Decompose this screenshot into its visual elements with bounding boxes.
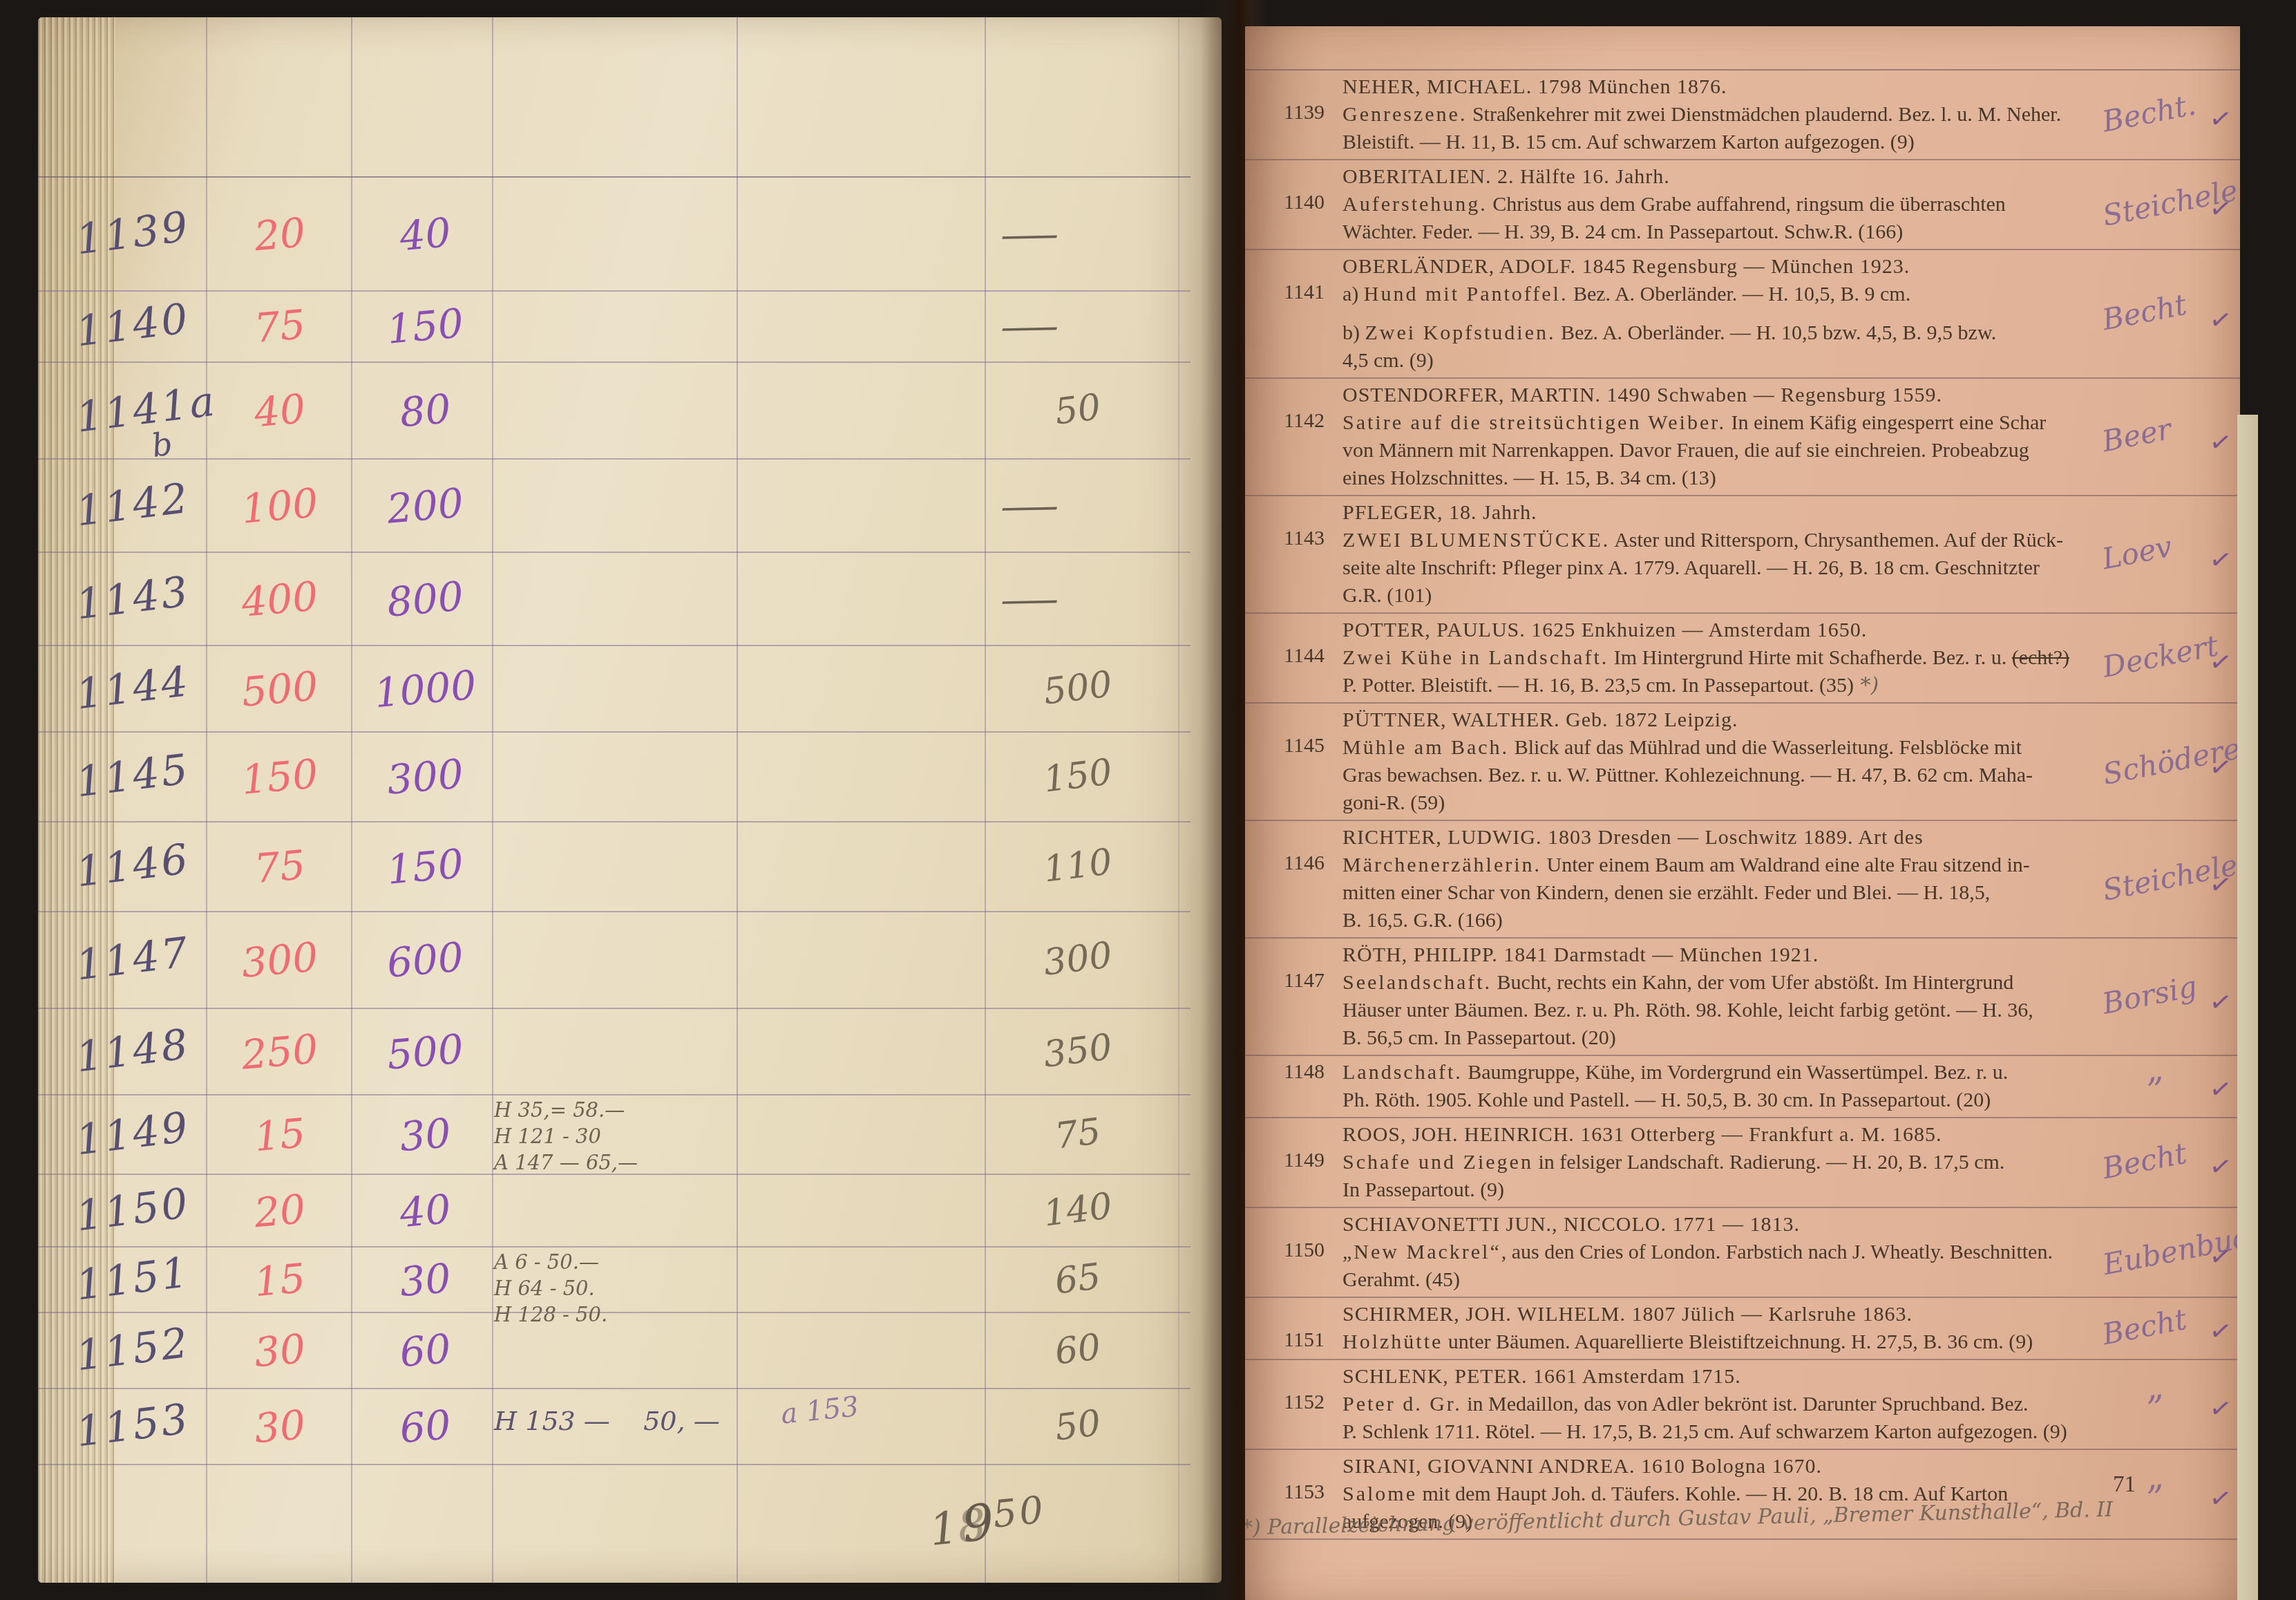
catalog-page: NEHER, MICHAEL. 1798 München 1876.Genres…	[1245, 26, 2240, 1600]
lot-number-printed: 1141	[1284, 281, 1339, 304]
entry-line: Peter d. Gr. in Medaillon, das von Adler…	[1343, 1391, 2240, 1418]
catalog-entry: NEHER, MICHAEL. 1798 München 1876.Genres…	[1245, 70, 2240, 160]
lot-number: 1148	[73, 1019, 192, 1082]
limit-red-ink: 20	[212, 1181, 347, 1239]
lot-number: 1144	[73, 657, 192, 719]
catalog-entry: SCHIRMER, JOH. WILHELM. 1807 Jülich — Ka…	[1245, 1298, 2240, 1360]
estimate-purple-ink: 30	[359, 1106, 491, 1164]
entry-text: Zwei Kühe in Landschaft.	[1343, 646, 1609, 669]
entry-text: Gras bewachsen. Bez. r. u. W. Püttner. K…	[1343, 764, 2033, 787]
entry-text: von Männern mit Narrenkappen. Davor Frau…	[1343, 439, 2029, 462]
ledger-row: 114675150110	[38, 822, 1190, 912]
result-pencil: 500	[983, 656, 1173, 719]
estimate-purple-ink: 60	[359, 1321, 491, 1380]
entry-artist-header: NEHER, MICHAEL. 1798 München 1876.	[1343, 73, 2240, 101]
ledger-row: 114075150—	[38, 290, 1190, 363]
lot-number: 1142	[73, 473, 192, 536]
margin-buyer-name: ”	[2145, 1388, 2167, 1429]
entry-text: eines Holzschnittes. — H. 15, B. 34 cm. …	[1343, 467, 1716, 489]
entry-line: Landschaft. Baumgruppe, Kühe, im Vorderg…	[1343, 1059, 2240, 1086]
result-pencil: —	[912, 481, 1146, 529]
lot-number-printed: 1145	[1284, 734, 1339, 757]
entry-text: Satire auf die streitsüchtigen Weiber.	[1343, 411, 1726, 434]
lot-number-printed: 1143	[1284, 527, 1339, 550]
entry-text: Straßenkehrer mit zwei Dienstmädchen pla…	[1467, 103, 2061, 126]
entry-text: a)	[1343, 283, 1364, 305]
underlying-page-edge	[2237, 415, 2258, 1600]
limit-red-ink: 40	[212, 382, 347, 440]
estimate-purple-ink: 40	[359, 205, 491, 263]
estimate-purple-ink: 600	[359, 931, 491, 989]
result-pencil: 350	[983, 1019, 1173, 1082]
result-pencil: 150	[983, 744, 1173, 808]
entry-line: P. Schlenk 1711. Rötel. — H. 17,5, B. 21…	[1343, 1418, 2240, 1446]
pencil-total: 18950	[927, 1487, 1050, 1556]
lot-number: 1141a	[73, 377, 218, 442]
entry-text: Im Hintergrund Hirte mit Schafherde. Bez…	[1609, 646, 2011, 669]
entry-line: B. 56,5 cm. In Passepartout. (20)	[1343, 1024, 2240, 1052]
entry-text: Häuser unter Bäumen. Bez. r. u. Ph. Röth…	[1343, 999, 2033, 1022]
entry-line: B. 16,5. G.R. (166)	[1343, 907, 2240, 934]
result-pencil: —	[912, 301, 1146, 350]
limit-red-ink: 15	[212, 1250, 347, 1308]
entry-artist-header: SCHIAVONETTI JUN., NICCOLO. 1771 — 1813.	[1343, 1211, 2240, 1239]
ledger-row: 1149153075H 35,= 58.— H 121 - 30 A 147 —…	[38, 1095, 1190, 1175]
catalog-entries: NEHER, MICHAEL. 1798 München 1876.Genres…	[1245, 69, 2240, 1540]
entry-line: eines Holzschnittes. — H. 15, B. 34 cm. …	[1343, 464, 2240, 492]
entry-text: Genreszene.	[1343, 103, 1467, 126]
lot-number: 1146	[73, 835, 192, 897]
entry-text: mitten einer Schar von Kindern, denen si…	[1343, 881, 1990, 904]
entry-artist-header: OBERLÄNDER, ADOLF. 1845 Regensburg — Mün…	[1343, 253, 2240, 281]
entry-text: ZWEI BLUMENSTÜCKE.	[1343, 529, 1610, 552]
entry-text: Bez. A. Oberländer. — H. 10,5, B. 9 cm.	[1568, 283, 1910, 305]
result-pencil: 110	[983, 834, 1173, 898]
entry-text: Seelandschaft.	[1343, 971, 1492, 994]
entry-text: Peter d. Gr.	[1343, 1393, 1462, 1415]
entry-text: Salome	[1343, 1483, 1417, 1505]
estimate-purple-ink: 40	[359, 1182, 491, 1240]
entry-line: Ph. Röth. 1905. Kohle und Pastell. — H. …	[1343, 1086, 2240, 1114]
total-digit: 1	[927, 1503, 960, 1556]
entry-text: In einem Käfig eingesperrt eine Schar	[1726, 411, 2046, 434]
limit-red-ink: 400	[212, 570, 347, 628]
estimate-purple-ink: 60	[359, 1397, 491, 1456]
entry-text: B. 16,5. G.R. (166)	[1343, 909, 1503, 932]
entry-text: Bucht, rechts ein Kahn, der vom Ufer abs…	[1492, 971, 2013, 994]
limit-red-ink: 250	[212, 1022, 347, 1080]
entry-text: unter Bäumen. Aquarellierte Bleistiftzei…	[1443, 1330, 2033, 1353]
limit-red-ink: 500	[212, 659, 347, 717]
lot-number: 1152	[73, 1319, 192, 1381]
result-pencil: —	[912, 574, 1146, 623]
page-number: 71	[2113, 1472, 2136, 1498]
estimate-purple-ink: 1000	[359, 660, 491, 718]
lot-number-printed: 1152	[1284, 1391, 1339, 1414]
limit-red-ink: 75	[212, 297, 347, 355]
entry-text: B. 56,5 cm. In Passepartout. (20)	[1343, 1026, 1616, 1049]
pencil-margin-notes: H 35,= 58.— H 121 - 30 A 147 — 65,—	[494, 1097, 638, 1176]
lot-number: 1150	[73, 1178, 192, 1241]
limit-red-ink: 150	[212, 748, 347, 806]
lot-number: 1147	[73, 928, 192, 990]
limit-red-ink: 75	[212, 838, 347, 896]
ledger-page: 11392040—114075150—1141ab408050114210020…	[38, 17, 1222, 1583]
margin-buyer-name: ”	[2145, 1070, 2167, 1111]
limit-red-ink: 15	[212, 1105, 347, 1163]
result-pencil: 140	[983, 1178, 1173, 1241]
catalog-entry: OBERLÄNDER, ADOLF. 1845 Regensburg — Mün…	[1245, 250, 2240, 379]
entry-text: , aus den Cries of London. Farbstich nac…	[1501, 1241, 2053, 1263]
entry-text: goni-R. (59)	[1343, 791, 1445, 814]
ledger-row: 11502040140	[38, 1175, 1190, 1248]
entry-text: Christus aus dem Grabe auffahrend, rings…	[1488, 193, 2006, 216]
entry-artist-header: OBERITALIEN. 2. Hälfte 16. Jahrh.	[1343, 163, 2240, 191]
entry-text: Bleistift. — H. 11, B. 15 cm. Auf schwar…	[1343, 131, 1915, 153]
ledger-row: 1148250500350	[38, 1009, 1190, 1095]
entry-text: Baumgruppe, Kühe, im Vordergrund ein Was…	[1463, 1061, 2008, 1084]
lot-number: 1140	[73, 294, 192, 356]
ledger-row: 1145150300150	[38, 733, 1190, 822]
catalog-entry: PFLEGER, 18. Jahrh.ZWEI BLUMENSTÜCKE. As…	[1245, 496, 2240, 614]
limit-red-ink: 100	[212, 476, 347, 534]
ledger-row: 1141ab408050	[38, 363, 1190, 460]
catalog-entry: SCHIAVONETTI JUN., NICCOLO. 1771 — 1813.…	[1245, 1208, 2240, 1298]
lot-number: 1149	[73, 1102, 192, 1165]
lot-number: 1153	[73, 1395, 192, 1457]
entry-text: Unter einem Baum am Waldrand eine alte F…	[1541, 854, 2030, 876]
ledger-row: 11392040—	[38, 176, 1190, 292]
estimate-purple-ink: 200	[359, 477, 491, 535]
ledger-row: 1143400800—	[38, 553, 1190, 646]
total-digits: 50	[991, 1487, 1048, 1536]
lot-number-printed: 1146	[1284, 851, 1339, 875]
entry-artist-header: PFLEGER, 18. Jahrh.	[1343, 499, 2240, 527]
limit-red-ink: 300	[212, 931, 347, 989]
entry-text: Märchenerzählerin.	[1343, 854, 1541, 876]
entry-text: Wächter. Feder. — H. 39, B. 24 cm. In Pa…	[1343, 220, 1903, 243]
catalog-entry: ROOS, JOH. HEINRICH. 1631 Otterberg — Fr…	[1245, 1118, 2240, 1208]
ledger-row: 1152306060	[38, 1313, 1190, 1389]
limit-red-ink: 30	[212, 1321, 347, 1380]
entry-text: in felsiger Landschaft. Radierung. — H. …	[1533, 1151, 2004, 1174]
entry-line: goni-R. (59)	[1343, 789, 2240, 817]
lot-number-printed: 1144	[1284, 644, 1339, 668]
catalog-entry: RÖTH, PHILIPP. 1841 Darmstadt — München …	[1245, 939, 2240, 1056]
entry-text: seite alte Inschrift: Pfleger pinx A. 17…	[1343, 556, 2040, 579]
catalog-entry: OBERITALIEN. 2. Hälfte 16. Jahrh.Auferst…	[1245, 160, 2240, 250]
entry-text: G.R. (101)	[1343, 584, 1432, 607]
entry-text: Zwei Kopfstudien.	[1365, 321, 1556, 344]
entry-artist-header: ROOS, JOH. HEINRICH. 1631 Otterberg — Fr…	[1343, 1121, 2240, 1149]
estimate-purple-ink: 150	[359, 297, 491, 355]
lot-number-printed: 1139	[1284, 101, 1339, 124]
entry-text: Ph. Röth. 1905. Kohle und Pastell. — H. …	[1343, 1089, 1991, 1111]
catalog-entry: PÜTTNER, WALTHER. Geb. 1872 Leipzig.Mühl…	[1245, 704, 2240, 821]
result-pencil: 75	[983, 1102, 1173, 1165]
entry-artist-header: RICHTER, LUDWIG. 1803 Dresden — Loschwit…	[1343, 824, 2240, 851]
estimate-purple-ink: 30	[359, 1251, 491, 1309]
entry-text: 4,5 cm. (9)	[1343, 349, 1434, 372]
pencil-extra-note: a 153	[779, 1391, 860, 1431]
entry-text: Mühle am Bach.	[1343, 736, 1509, 759]
result-pencil: 50	[983, 1394, 1173, 1458]
estimate-purple-ink: 300	[359, 748, 491, 806]
entry-text: Landschaft.	[1343, 1061, 1463, 1084]
struck-text: (echt?)	[2012, 646, 2069, 669]
ledger-row: 1151153065A 6 - 50.— H 64 - 50. H 128 - …	[38, 1248, 1190, 1313]
catalog-entry: POTTER, PAULUS. 1625 Enkhuizen — Amsterd…	[1245, 614, 2240, 704]
entry-text: Blick auf das Mühlrad und die Wasserleit…	[1509, 736, 2022, 759]
ledger-row: 11445001000500	[38, 646, 1190, 733]
entry-text: Auferstehung.	[1343, 193, 1488, 216]
margin-buyer-name: ”	[2145, 1478, 2167, 1519]
entry-text: b)	[1343, 321, 1365, 344]
lot-number-printed: 1148	[1284, 1060, 1339, 1084]
lot-number: 1151	[73, 1248, 192, 1310]
book-scan: 11392040—114075150—1141ab408050114210020…	[0, 0, 2296, 1600]
lot-number: 1145	[73, 745, 192, 807]
entry-text: In Passepartout. (9)	[1343, 1178, 1504, 1201]
limit-red-ink: 30	[212, 1397, 347, 1456]
entry-artist-header: OSTENDORFER, MARTIN. 1490 Schwaben — Reg…	[1343, 382, 2240, 409]
catalog-entry: SCHLENK, PETER. 1661 Amsterdam 1715.Pete…	[1245, 1360, 2240, 1450]
result-pencil: 65	[983, 1247, 1173, 1310]
estimate-purple-ink: 80	[359, 382, 491, 440]
entry-artist-header: RÖTH, PHILIPP. 1841 Darmstadt — München …	[1343, 941, 2240, 969]
ledger-row: 1147300600300	[38, 912, 1190, 1009]
result-pencil: —	[912, 209, 1146, 258]
catalog-entry: Landschaft. Baumgruppe, Kühe, im Vorderg…	[1245, 1056, 2240, 1118]
catalog-entry: OSTENDORFER, MARTIN. 1490 Schwaben — Reg…	[1245, 379, 2240, 496]
lot-number-printed: 1147	[1284, 969, 1339, 992]
catalog-entry: RICHTER, LUDWIG. 1803 Dresden — Loschwit…	[1245, 821, 2240, 939]
entry-text: P. Schlenk 1711. Rötel. — H. 17,5, B. 21…	[1343, 1420, 2067, 1443]
entry-line: 4,5 cm. (9)	[1343, 347, 2240, 375]
entry-artist-header: SCHLENK, PETER. 1661 Amsterdam 1715.	[1343, 1363, 2240, 1391]
entry-text: Hund mit Pantoffel.	[1364, 283, 1568, 305]
lot-number-printed: 1140	[1284, 191, 1339, 214]
entry-line: G.R. (101)	[1343, 582, 2240, 610]
lot-number-printed: 1142	[1284, 409, 1339, 433]
entry-artist-header: SIRANI, GIOVANNI ANDREA. 1610 Bologna 16…	[1343, 1453, 2240, 1480]
entry-artist-header: PÜTTNER, WALTHER. Geb. 1872 Leipzig.	[1343, 706, 2240, 734]
lot-number-printed: 1149	[1284, 1149, 1339, 1172]
result-pencil: 300	[983, 928, 1173, 991]
lot-number: 1139	[73, 202, 192, 264]
estimate-purple-ink: 800	[359, 570, 491, 628]
entry-text: Holzhütte	[1343, 1330, 1443, 1353]
total-overwritten-digit: 8	[956, 1500, 989, 1554]
ledger-rows: 11392040—114075150—1141ab408050114210020…	[38, 17, 1222, 1583]
lot-number-printed: 1151	[1284, 1328, 1339, 1352]
entry-text: Schafe und Ziegen	[1343, 1151, 1533, 1174]
lot-number-printed: 1150	[1284, 1239, 1339, 1262]
pencil-asterisk-note: *)	[1854, 673, 1879, 697]
ledger-row: 1153306050H 153 — 50, —a 153	[38, 1389, 1190, 1465]
result-pencil: 60	[983, 1318, 1173, 1382]
ink-margin-note: H 153 — 50, —	[494, 1406, 720, 1436]
entry-text: Gerahmt. (45)	[1343, 1268, 1460, 1291]
entry-text: Bez. A. Oberländer. — H. 10,5 bzw. 4,5, …	[1555, 321, 1996, 344]
lot-number: 1143	[73, 567, 192, 629]
entry-artist-header: POTTER, PAULUS. 1625 Enkhuizen — Amsterd…	[1343, 617, 2240, 644]
limit-red-ink: 20	[212, 205, 347, 263]
entry-text: P. Potter. Bleistift. — H. 16, B. 23,5 c…	[1343, 674, 1854, 697]
entry-text: Aster und Rittersporn, Chrysanthemen. Au…	[1610, 529, 2063, 552]
result-pencil: 50	[983, 378, 1173, 442]
estimate-purple-ink: 150	[359, 838, 491, 896]
estimate-purple-ink: 500	[359, 1023, 491, 1081]
ledger-row: 1142100200—	[38, 460, 1190, 553]
lot-number-printed: 1153	[1284, 1480, 1339, 1504]
entry-text: „New Mackrel“	[1343, 1241, 1501, 1263]
entry-text: in Medaillon, das von Adler bekrönt ist.…	[1462, 1393, 2029, 1415]
